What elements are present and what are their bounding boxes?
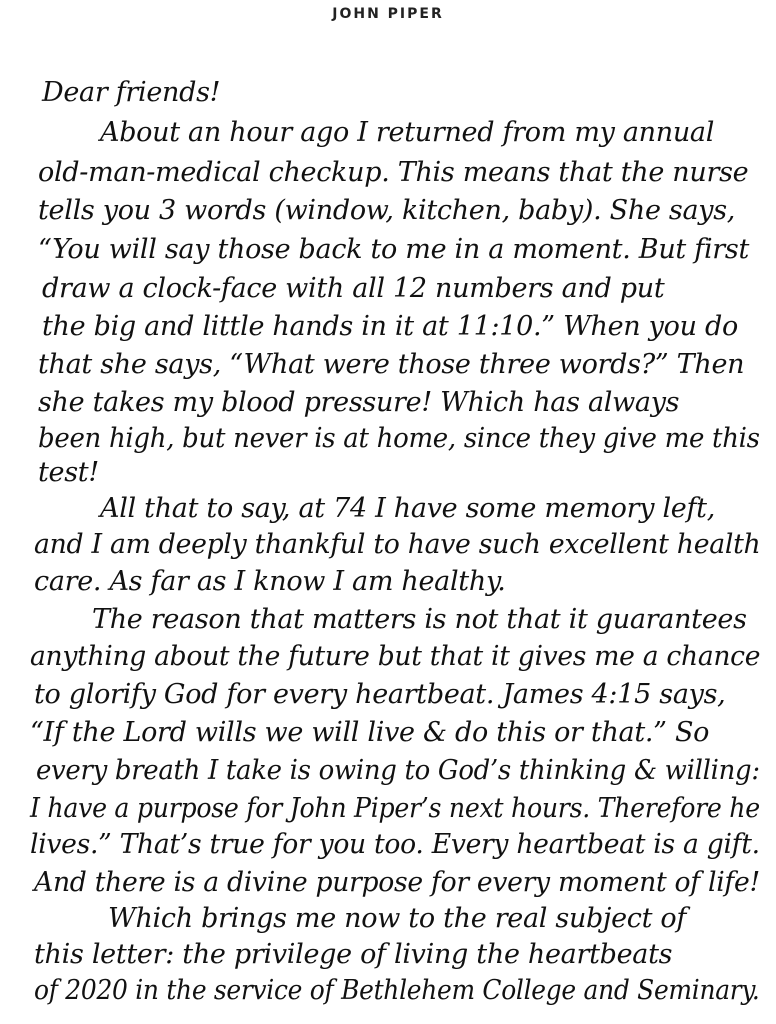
letter-line: All that to say, at 74 I have some memor… (100, 494, 715, 524)
letter-line: the big and little hands in it at 11:10.… (42, 312, 738, 342)
letter-line: of 2020 in the service of Bethlehem Coll… (34, 976, 760, 1006)
letter-line: this letter: the privilege of living the… (34, 940, 672, 970)
letter-line: tells you 3 words (window, kitchen, baby… (38, 196, 735, 226)
letter-line: About an hour ago I returned from my ann… (100, 118, 714, 148)
letter-line: old-man-medical checkup. This means that… (38, 158, 748, 188)
letter-line: Which brings me now to the real subject … (108, 904, 686, 934)
letter-line: “If the Lord wills we will live & do thi… (30, 718, 709, 748)
letter-line: I have a purpose for John Piper’s next h… (30, 794, 760, 824)
letter-line: And there is a divine purpose for every … (34, 868, 760, 898)
letterhead-name: JOHN PIPER (0, 6, 776, 22)
letter-line: to glorify God for every heartbeat. Jame… (34, 680, 725, 710)
letter-line: lives.” That’s true for you too. Every h… (30, 830, 760, 860)
letter-line: every breath I take is owing to God’s th… (36, 756, 760, 786)
letter-line: test! (38, 458, 99, 488)
letter-line: “You will say those back to me in a mome… (38, 235, 749, 265)
letter-line: draw a clock-face with all 12 numbers an… (42, 274, 664, 304)
letter-line: care. As far as I know I am healthy. (34, 567, 506, 597)
letter-line: that she says, “What were those three wo… (38, 350, 744, 380)
letter-line: anything about the future but that it gi… (30, 642, 760, 672)
letter-salutation: Dear friends! (42, 78, 220, 108)
letter-line: she takes my blood pressure! Which has a… (38, 388, 679, 418)
letter-line: The reason that matters is not that it g… (92, 605, 747, 635)
letter-line: and I am deeply thankful to have such ex… (34, 530, 760, 560)
letter-line: been high, but never is at home, since t… (38, 424, 760, 454)
